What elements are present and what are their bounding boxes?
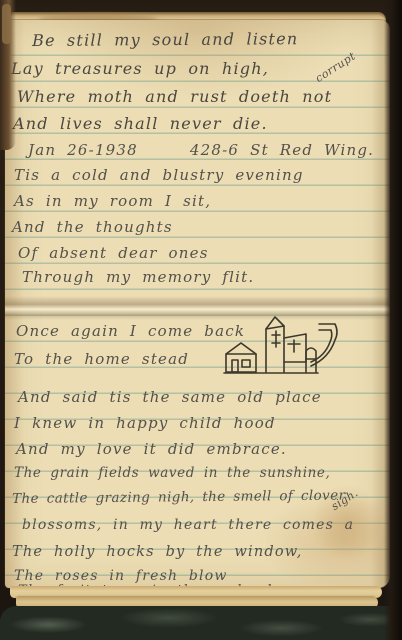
address-text: 428-6 St Red Wing.	[190, 139, 374, 161]
handwriting-line: I knew in happy child hood	[14, 412, 276, 434]
handwriting-line: Once again I come back	[16, 320, 245, 342]
handwriting-line: Through my memory flit.	[22, 266, 254, 288]
handwriting-line: To the home stead	[14, 348, 189, 370]
handwriting-line: The cattle grazing nigh, the smell of cl…	[12, 485, 346, 510]
handwriting-line: The holly hocks by the window,	[12, 541, 303, 563]
handwriting-line: As in my room I sit,	[14, 190, 211, 212]
handwriting-line: Tis a cold and blustry evening	[14, 164, 304, 186]
marbled-book-cover	[0, 606, 402, 640]
handwriting-line: And lives shall never die.	[13, 113, 268, 135]
date-line: Jan 26-1938 428-6 St Red Wing.	[28, 139, 374, 161]
handwriting-line: Where moth and rust doeth not	[17, 86, 332, 108]
handwriting-line: Lay treasures up on high,	[11, 58, 269, 80]
handwriting-line: blossoms, in my heart there comes a	[22, 514, 354, 536]
notebook-photo: Be still my soul and listen Lay treasure…	[0, 0, 402, 640]
handwriting-line: And said tis the same old place	[18, 386, 322, 408]
handwriting-line: Of absent dear ones	[18, 242, 209, 264]
date-text: Jan 26-1938	[28, 139, 138, 161]
handwriting-line: And my love it did embrace.	[16, 438, 287, 460]
book-edge-right	[384, 0, 402, 640]
handwriting-line: And the thoughts	[12, 216, 173, 238]
handwriting-line: Be still my soul and listen	[32, 28, 298, 52]
book-spine-left	[0, 0, 16, 150]
handwriting-line: The grain fields waved in the sunshine,	[14, 462, 330, 484]
